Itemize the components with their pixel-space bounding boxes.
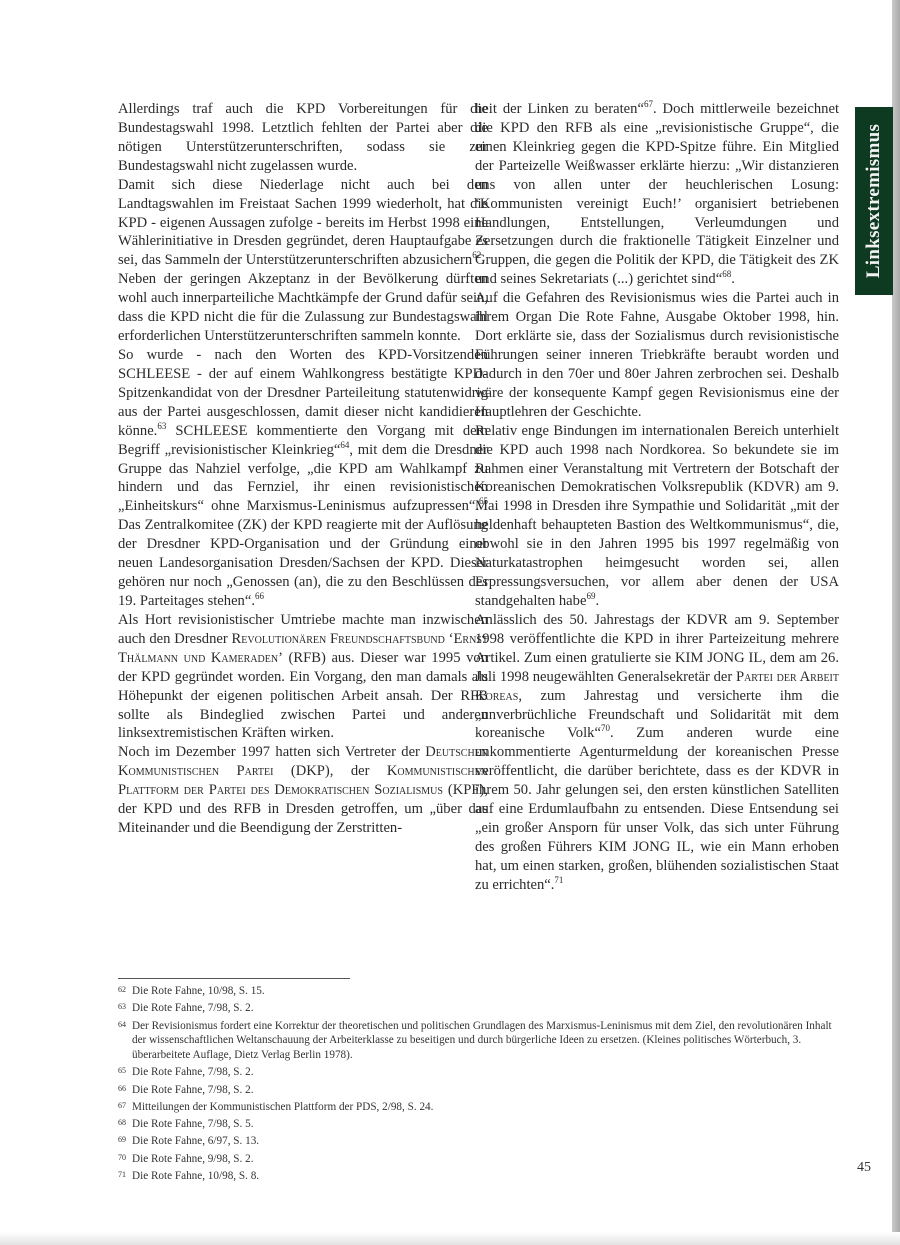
left-text-column: Allerdings traf auch die KPD Vorbereitun… (118, 100, 488, 838)
paragraph: Damit sich diese Niederlage nicht auch b… (118, 176, 488, 271)
footnote: 66Die Rote Fahne, 7/98, S. 2. (118, 1083, 838, 1098)
paragraph: Anlässlich des 50. Jahrestags der KDVR a… (475, 611, 839, 895)
paragraph: Relativ enge Bindungen im internationale… (475, 422, 839, 611)
page-bottom-edge (0, 1232, 900, 1245)
page-edge-strip (892, 0, 900, 1232)
right-text-column: heit der Linken zu beraten“67. Doch mitt… (475, 100, 839, 895)
footnote-ref[interactable]: 66 (255, 591, 264, 601)
footnote: 70Die Rote Fahne, 9/98, S. 2. (118, 1152, 838, 1167)
footnote: 67Mitteilungen der Kommunistischen Platt… (118, 1100, 838, 1115)
paragraph: Allerdings traf auch die KPD Vorbereitun… (118, 100, 488, 176)
footnote: 65Die Rote Fahne, 7/98, S. 2. (118, 1065, 838, 1080)
footnote-ref[interactable]: 70 (601, 723, 610, 733)
footnote-ref[interactable]: 63 (157, 421, 166, 431)
section-side-tab-label: Linksextremismus (863, 124, 885, 278)
paragraph: Als Hort revisionistischer Umtriebe mach… (118, 611, 488, 743)
footnote-ref[interactable]: 68 (722, 269, 731, 279)
paragraph: So wurde - nach den Worten des KPD-Vorsi… (118, 346, 488, 611)
footnotes-section: 62Die Rote Fahne, 10/98, S. 15. 63Die Ro… (118, 984, 838, 1186)
footnote-ref[interactable]: 67 (644, 99, 653, 109)
footnote-ref[interactable]: 71 (554, 875, 563, 885)
footnote: 69Die Rote Fahne, 6/97, S. 13. (118, 1134, 838, 1149)
paragraph: Auf die Gefahren des Revisionismus wies … (475, 289, 839, 421)
paragraph: Neben der geringen Akzeptanz in der Bevö… (118, 270, 488, 346)
footnote: 62Die Rote Fahne, 10/98, S. 15. (118, 984, 838, 999)
page-number: 45 (857, 1160, 871, 1176)
footnote: 63Die Rote Fahne, 7/98, S. 2. (118, 1001, 838, 1016)
paragraph: heit der Linken zu beraten“67. Doch mitt… (475, 100, 839, 289)
footnote: 68Die Rote Fahne, 7/98, S. 5. (118, 1117, 838, 1132)
section-side-tab: Linksextremismus (855, 107, 893, 295)
footnote-divider (118, 978, 350, 979)
footnote: 71Die Rote Fahne, 10/98, S. 8. (118, 1169, 838, 1184)
paragraph: Noch im Dezember 1997 hatten sich Vertre… (118, 743, 488, 838)
footnote: 64Der Revisionismus fordert eine Korrekt… (118, 1019, 838, 1063)
